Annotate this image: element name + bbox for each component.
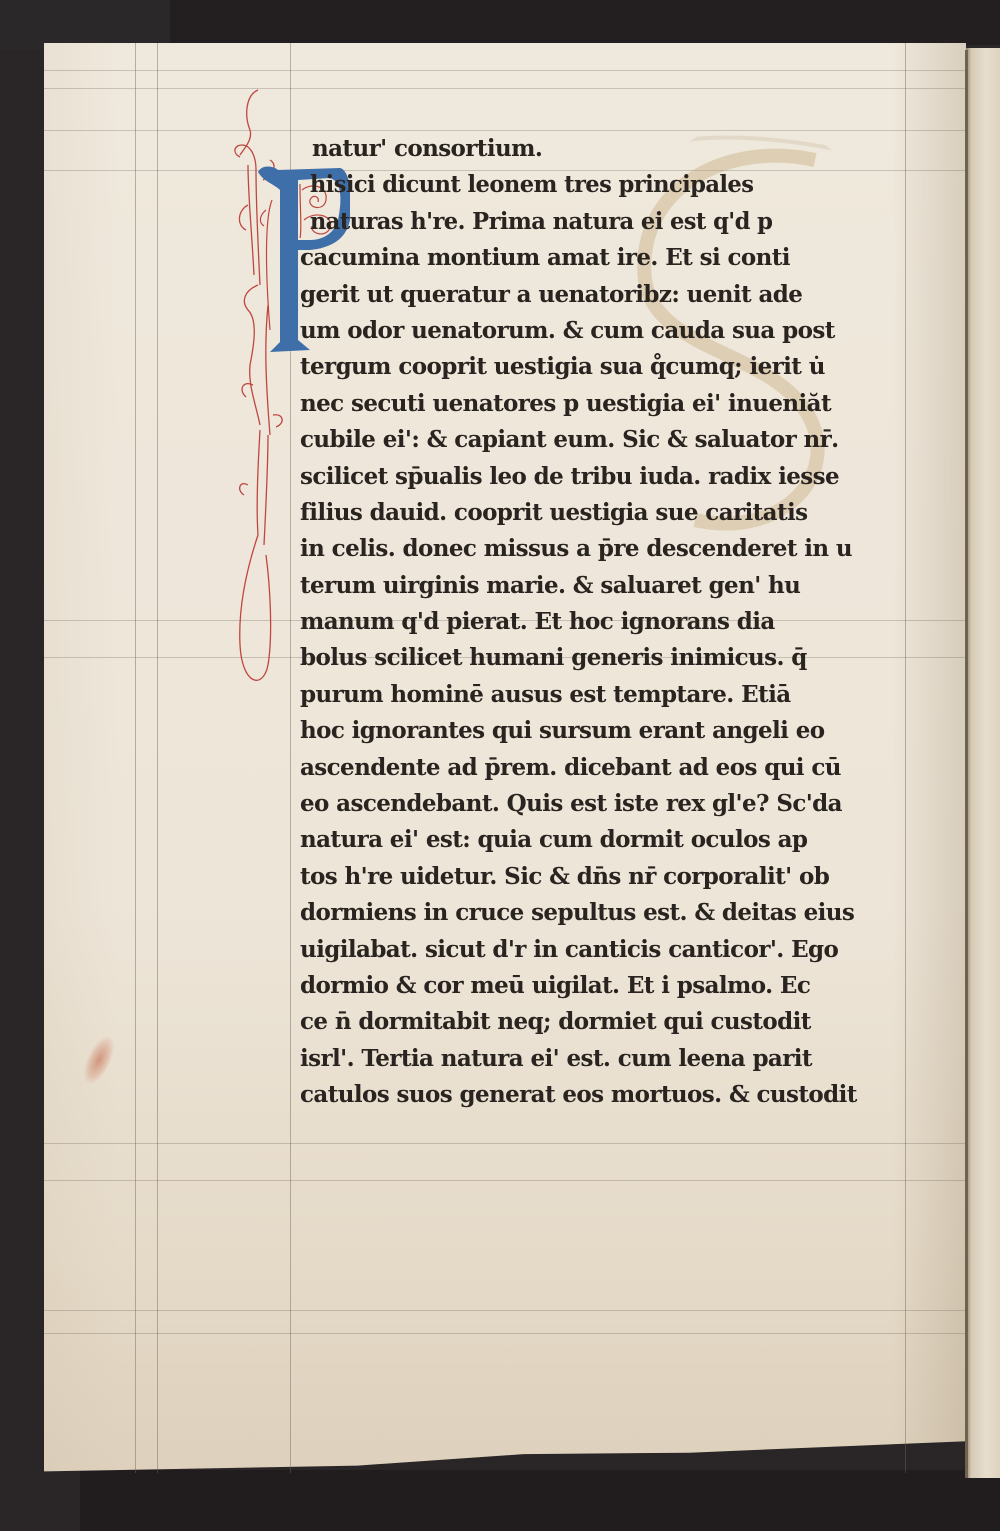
gutter bbox=[965, 50, 968, 1478]
ruling-horizontal bbox=[44, 1180, 966, 1181]
text-line: catulos suos generat eos mortuos. & cust… bbox=[300, 1077, 900, 1113]
text-line: cubile ei': & capiant eum. Sic & saluato… bbox=[300, 422, 900, 458]
text-line: natura ei' est: quia cum dormit oculos a… bbox=[300, 822, 900, 858]
text-line: natur' consortium. bbox=[312, 131, 900, 167]
ruling-horizontal bbox=[44, 1333, 966, 1334]
text-line: ascendente ad p̄rem. dicebant ad eos qui… bbox=[300, 750, 900, 786]
text-line: dormiens in cruce sepultus est. & deitas… bbox=[300, 895, 900, 931]
text-line: um odor uenatorum. & cum cauda sua post bbox=[300, 313, 900, 349]
text-line: gerit ut queratur a uenatoribz: uenit ad… bbox=[300, 277, 900, 313]
text-line: purum hominē ausus est temptare. Etiā bbox=[300, 677, 900, 713]
text-line: uigilabat. sicut d'r in canticis cantico… bbox=[300, 932, 900, 968]
text-line: terum uirginis marie. & saluaret gen' hu bbox=[300, 568, 900, 604]
text-line: hoc ignorantes qui sursum erant angeli e… bbox=[300, 713, 900, 749]
ruling-vertical bbox=[157, 43, 158, 1473]
ruling-horizontal bbox=[44, 88, 966, 89]
background-top-dark bbox=[170, 0, 1000, 45]
manuscript-text: natur' consortium. hisici dicunt leonem … bbox=[300, 131, 900, 1114]
background-bottom bbox=[80, 1470, 1000, 1531]
ruling-horizontal bbox=[44, 70, 966, 71]
text-line: manum q'd pierat. Et hoc ignorans dia bbox=[300, 604, 900, 640]
adjacent-page-edge bbox=[966, 48, 1000, 1478]
ruling-horizontal bbox=[44, 1310, 966, 1311]
text-line: cacumina montium amat ire. Et si conti bbox=[300, 240, 900, 276]
text-line: scilicet sp̄ualis leo de tribu iuda. rad… bbox=[300, 459, 900, 495]
text-line: hisici dicunt leonem tres principales bbox=[300, 167, 890, 203]
text-line: filius dauid. cooprit uestigia sue carit… bbox=[300, 495, 900, 531]
text-line: bolus scilicet humani generis inimicus. … bbox=[300, 640, 900, 676]
text-line: in celis. donec missus a p̄re descendere… bbox=[300, 531, 900, 567]
text-line: tergum cooprit uestigia sua q̊cumq; ieri… bbox=[300, 349, 900, 385]
ruling-vertical bbox=[135, 43, 136, 1473]
text-line: tos h're uidetur. Sic & dn̄s nr̄ corpora… bbox=[300, 859, 900, 895]
text-line: isrl'. Tertia natura ei' est. cum leena … bbox=[300, 1041, 900, 1077]
ruling-vertical bbox=[905, 43, 906, 1473]
text-line: eo ascendebant. Quis est iste rex gl'e? … bbox=[300, 786, 900, 822]
text-line: naturas h're. Prima natura ei est q'd p bbox=[300, 204, 890, 240]
ruling-horizontal bbox=[44, 1143, 966, 1144]
text-line: dormio & cor meū uigilat. Et i psalmo. E… bbox=[300, 968, 900, 1004]
text-line: nec secuti uenatores p uestigia ei' inue… bbox=[300, 386, 900, 422]
text-line: ce n̄ dormitabit neq; dormiet qui custod… bbox=[300, 1004, 900, 1040]
